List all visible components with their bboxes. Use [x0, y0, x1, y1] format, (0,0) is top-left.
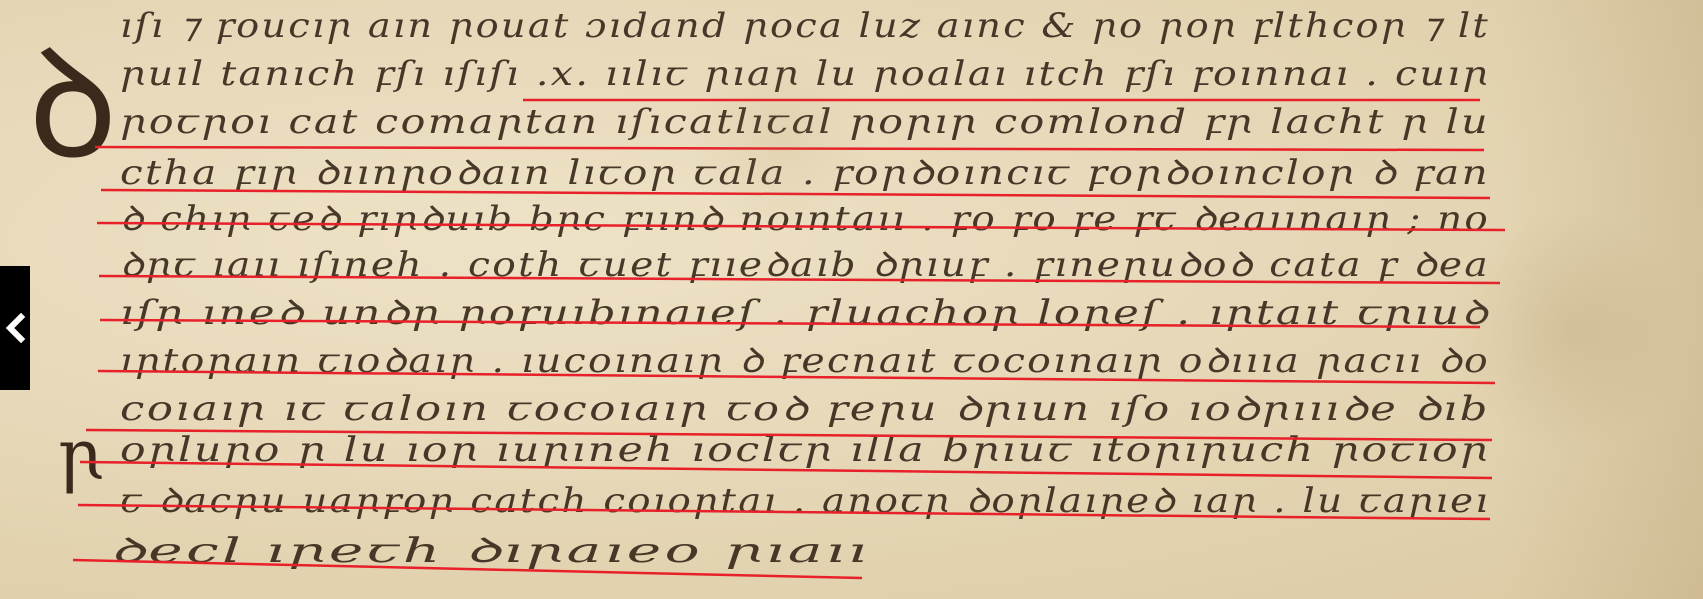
manuscript-line: coıaıꞃ ıꞇ ꞇaloın ꞇocoıaıꞃ ꞇoꝺ ꝼeꞃu ꝺꞃıun…: [120, 384, 1490, 430]
manuscript-line: ıſı ⁊ ꝼoucıꞃ aın ꞃouat ɔıdand ꞃoca luz a…: [120, 6, 1490, 46]
decorated-initial: ꞃ: [58, 420, 103, 490]
manuscript-line: ıſꞃ ıneꝺ unꝺꞃ ꞃoꝼuıbınaıeſ . ꝼluachoꞃ lo…: [120, 288, 1490, 334]
manuscript-line: ꝺꞃꞇ ıaıı ıſıneh . coth ꞇuet ꝼııeꝺaıb ꝺꞃı…: [120, 240, 1490, 286]
previous-page-button[interactable]: [0, 266, 30, 390]
decorated-initial: ꝺ: [28, 30, 118, 180]
manuscript-line: ꞇ ꝺacꞃu uaꞃꝼoꞃ catch coıoꞃtaı . anoꞇꞃ ꝺo…: [120, 476, 1490, 522]
chevron-left-icon: [4, 313, 26, 343]
manuscript-line: oꞃluꞃo ꞃ lu ıoꞃ ıuꞃıneh ıoclꞇꞃ ılla bꞃıu…: [120, 430, 1490, 470]
manuscript-line: ıꞃtoꞃaın ꞇıoꝺaıꞃ . ıucoınaıꞃ ꝺ ꝼecnaıt ꞇ…: [120, 336, 1490, 382]
manuscript-line: ꞃuıl tanıch ꝼſı ıſıſı .x. ıılıꞇ ꞃıaꞃ lu …: [120, 54, 1490, 94]
manuscript-line: ꝺecl ıꞃeꞇh ꝺıꞃaıeo ꞃıaıı: [110, 526, 870, 572]
manuscript-viewer: ıſı ⁊ ꝼoucıꞃ aın ꞃouat ɔıdand ꞃoca luz a…: [0, 0, 1703, 599]
manuscript-line: ꝺ chıꞃ ꞇeꝺ ꝼıꞃꝺuıb bꞃc ꝼıınꝺ noıntaıı . …: [120, 194, 1490, 240]
manuscript-line: ctha ꝼıꞃ ꝺıınꞃoꝺaın lıꞇoꞃ ꞇala . ꝼoꞃꝺoın…: [120, 148, 1490, 194]
manuscript-line: ꞃoꞇꞃoı cat comaꞃtan ıſıcatlıꞇal ꞃoꞃıꞃ co…: [120, 102, 1490, 142]
